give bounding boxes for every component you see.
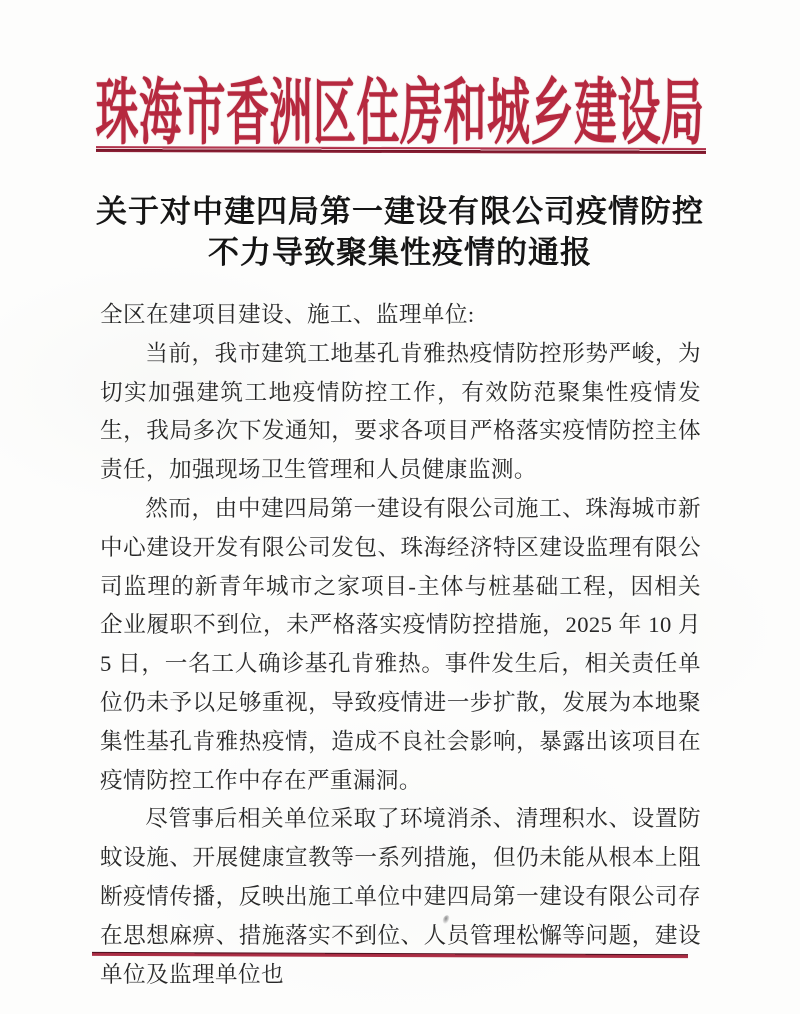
document-title-line-1: 关于对中建四局第一建设有限公司疫情防控 bbox=[0, 191, 800, 232]
salutation-line: 全区在建项目建设、施工、监理单位: bbox=[100, 296, 701, 335]
issuer-header: 珠海市香洲区住房和城乡建设局 bbox=[0, 57, 800, 159]
document-page: 珠海市香洲区住房和城乡建设局 关于对中建四局第一建设有限公司疫情防控 不力导致聚… bbox=[0, 0, 800, 1014]
document-title: 关于对中建四局第一建设有限公司疫情防控 不力导致聚集性疫情的通报 bbox=[0, 191, 800, 273]
body-paragraph-2: 然而，由中建四局第一建设有限公司施工、珠海城市新中心建设开发有限公司发包、珠海经… bbox=[100, 490, 701, 800]
body-paragraph-3: 尽管事后相关单位采取了环境消杀、清理积水、设置防蚊设施、开展健康宣教等一系列措施… bbox=[100, 800, 701, 994]
document-body: 全区在建项目建设、施工、监理单位: 当前，我市建筑工地基孔肯雅热疫情防控形势严峻… bbox=[100, 296, 701, 994]
document-title-line-2: 不力导致聚集性疫情的通报 bbox=[0, 232, 800, 273]
body-paragraph-1: 当前，我市建筑工地基孔肯雅热疫情防控形势严峻，为切实加强建筑工地疫情防控工作，有… bbox=[100, 335, 701, 490]
